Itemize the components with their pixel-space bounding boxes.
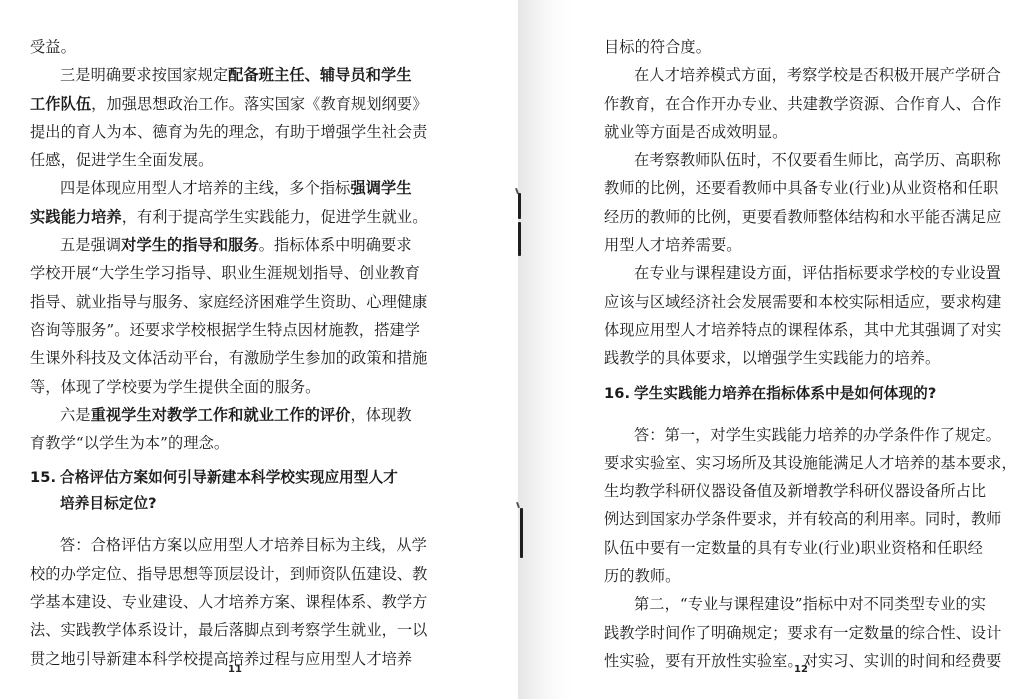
emphasis-text: 强调学生 (350, 179, 411, 197)
text-run: 三是明确要求按国家规定 (60, 66, 228, 84)
text-line: 生均教学科研仪器设备值及新增教学科研仪器设备所占比 (604, 477, 1016, 505)
text-run: 六是 (60, 406, 91, 424)
spacer (604, 373, 1016, 381)
text-run: 经历的教师的比例，更要看教师整体结构和水平能否满足应 (604, 208, 1001, 226)
question-number: 16. (604, 381, 634, 407)
text-run: 就业等方面是否成效明显。 (604, 123, 787, 141)
answer-15: 答：合格评估方案以应用型人才培养目标为主线，从学 (30, 531, 440, 559)
question-15-heading: 15.合格评估方案如何引导新建本科学校实现应用型人才 (30, 465, 440, 491)
text-run: 等，体现了学校要为学生提供全面的服务。 (30, 378, 320, 396)
text-run: 四是体现应用型人才培养的主线，多个指标 (60, 179, 350, 197)
text-line: 指导、就业指导与服务、家庭经济困难学生资助、心理健康 (30, 288, 440, 316)
paragraph-four: 四是体现应用型人才培养的主线，多个指标强调学生 (30, 174, 440, 202)
text-run: ，有利于提高学生实践能力，促进学生就业。 (122, 208, 428, 226)
text-run: 在考察教师队伍时，不仅要看生师比，高学历、高职称 (634, 151, 1001, 169)
text-run: 要求实验室、实习场所及其设施能满足人才培养的基本要求， (604, 454, 1017, 472)
text-run: 五是强调 (60, 236, 121, 254)
text-line: 践教学时间作了明确规定；要求有一定数量的综合性、设计 (604, 619, 1016, 647)
text-line: 学校开展“大学生学习指导、职业生涯规划指导、创业教育 (30, 259, 440, 287)
text-run: 答：合格评估方案以应用型人才培养目标为主线，从学 (60, 536, 427, 554)
emphasis-text: 重视学生对教学工作和就业工作的评价 (91, 406, 351, 424)
text-run: 答：第一，对学生实践能力培养的办学条件作了规定。 (634, 426, 1001, 444)
text-run: 指导、就业指导与服务、家庭经济困难学生资助、心理健康 (30, 293, 427, 311)
spacer (30, 457, 440, 465)
right-page-body: 目标的符合度。 在人才培养模式方面，考察学校是否积极开展产学研合 作教育，在合作… (604, 33, 1016, 675)
text-run: 用型人才培养需要。 (604, 236, 742, 254)
text-line: 就业等方面是否成效明显。 (604, 118, 1016, 146)
text-run: 生均教学科研仪器设备值及新增教学科研仪器设备所占比 (604, 482, 986, 500)
text-run: 任感，促进学生全面发展。 (30, 151, 213, 169)
paragraph-second: 第二，“专业与课程建设”指标中对不同类型专业的实 (604, 590, 1016, 618)
text-line: 目标的符合度。 (604, 33, 1016, 61)
right-page: 目标的符合度。 在人才培养模式方面，考察学校是否积极开展产学研合 作教育，在合作… (518, 0, 1024, 699)
text-line: 实践能力培养，有利于提高学生实践能力，促进学生就业。 (30, 203, 440, 231)
text-line: 历的教师。 (604, 562, 1016, 590)
text-run: 咨询等服务”。还要求学校根据学生特点因材施教，搭建学 (30, 321, 420, 339)
text-run: 法、实践教学体系设计，最后落脚点到考察学生就业，一以 (30, 621, 427, 639)
text-run: ，体现教 (350, 406, 411, 424)
text-run: 育教学“以学生为本”的理念。 (30, 434, 229, 452)
text-line: 教师的比例，还要看教师中具备专业(行业)从业资格和任职 (604, 174, 1016, 202)
question-text: 培养目标定位? (60, 495, 157, 512)
paragraph-six: 六是重视学生对教学工作和就业工作的评价，体现教 (30, 401, 440, 429)
text-line: 受益。 (30, 33, 440, 61)
text-line: 要求实验室、实习场所及其设施能满足人才培养的基本要求， (604, 449, 1016, 477)
text-line: 咨询等服务”。还要求学校根据学生特点因材施教，搭建学 (30, 316, 440, 344)
text-run: 受益。 (30, 38, 76, 56)
text-run: 教师的比例，还要看教师中具备专业(行业)从业资格和任职 (604, 179, 998, 197)
text-line: 学基本建设、专业建设、人才培养方案、课程体系、教学方 (30, 588, 440, 616)
spacer (604, 407, 1016, 421)
text-run: 学基本建设、专业建设、人才培养方案、课程体系、教学方 (30, 593, 427, 611)
text-line: 任感，促进学生全面发展。 (30, 146, 440, 174)
question-15-heading-cont: 培养目标定位? (30, 491, 440, 517)
text-run: 践教学的具体要求，以增强学生实践能力的培养。 (604, 349, 940, 367)
staple-bottom-icon (520, 508, 523, 558)
text-line: 工作队伍，加强思想政治工作。落实国家《教育规划纲要》 (30, 90, 440, 118)
emphasis-text: 配备班主任、辅导员和学生 (228, 66, 411, 84)
text-run: 在专业与课程建设方面，评估指标要求学校的专业设置 (634, 264, 1001, 282)
text-run: 在人才培养模式方面，考察学校是否积极开展产学研合 (634, 66, 1001, 84)
text-run: 体现应用型人才培养特点的课程体系，其中尤其强调了对实 (604, 321, 1001, 339)
emphasis-text: 实践能力培养 (30, 208, 122, 226)
text-line: 体现应用型人才培养特点的课程体系，其中尤其强调了对实 (604, 316, 1016, 344)
text-line: 践教学的具体要求，以增强学生实践能力的培养。 (604, 344, 1016, 372)
text-run: ，加强思想政治工作。落实国家《教育规划纲要》 (91, 95, 427, 113)
text-line: 法、实践教学体系设计，最后落脚点到考察学生就业，一以 (30, 616, 440, 644)
text-run: 校的办学定位、指导思想等顶层设计，到师资队伍建设、教 (30, 565, 427, 583)
text-line: 例达到国家办学条件要求，并有较高的利用率。同时，教师 (604, 505, 1016, 533)
staple-top-icon (518, 193, 521, 219)
paragraph-training-model: 在人才培养模式方面，考察学校是否积极开展产学研合 (604, 61, 1016, 89)
text-line: 作教育，在合作开办专业、共建教学资源、合作育人、合作 (604, 90, 1016, 118)
text-run: 作教育，在合作开办专业、共建教学资源、合作育人、合作 (604, 95, 1001, 113)
text-run: 提出的育人为本、德育为先的理念，有助于增强学生社会责 (30, 123, 427, 141)
text-run: 第二，“专业与课程建设”指标中对不同类型专业的实 (634, 595, 986, 613)
text-run: 历的教师。 (604, 567, 680, 585)
staple-top-lower-icon (518, 222, 521, 256)
text-line: 经历的教师的比例，更要看教师整体结构和水平能否满足应 (604, 203, 1016, 231)
text-run: 生课外科技及文体活动平台，有激励学生参加的政策和措施 (30, 349, 427, 367)
left-page: 受益。 三是明确要求按国家规定配备班主任、辅导员和学生 工作队伍，加强思想政治工… (0, 0, 518, 699)
text-line: 队伍中要有一定数量的具有专业(行业)职业资格和任职经 (604, 534, 1016, 562)
answer-16: 答：第一，对学生实践能力培养的办学条件作了规定。 (604, 421, 1016, 449)
text-line: 生课外科技及文体活动平台，有激励学生参加的政策和措施 (30, 344, 440, 372)
text-line: 性实验，要有开放性实验室。对实习、实训的时间和经费要 (604, 647, 1016, 675)
text-run: 队伍中要有一定数量的具有专业(行业)职业资格和任职经 (604, 539, 983, 557)
spacer (30, 517, 440, 531)
page-number: 11 (228, 664, 242, 675)
text-line: 用型人才培养需要。 (604, 231, 1016, 259)
text-run: 目标的符合度。 (604, 38, 711, 56)
text-run: 贯之地引导新建本科学校提高培养过程与应用型人才培养 (30, 650, 412, 668)
question-text: 学生实践能力培养在指标体系中是如何体现的? (634, 385, 936, 402)
text-run: 学校开展“大学生学习指导、职业生涯规划指导、创业教育 (30, 264, 420, 282)
paragraph-teachers: 在考察教师队伍时，不仅要看生师比，高学历、高职称 (604, 146, 1016, 174)
text-line: 提出的育人为本、德育为先的理念，有助于增强学生社会责 (30, 118, 440, 146)
left-page-body: 受益。 三是明确要求按国家规定配备班主任、辅导员和学生 工作队伍，加强思想政治工… (30, 33, 440, 673)
paragraph-five: 五是强调对学生的指导和服务。指标体系中明确要求 (30, 231, 440, 259)
question-16-heading: 16.学生实践能力培养在指标体系中是如何体现的? (604, 381, 1016, 407)
question-text: 合格评估方案如何引导新建本科学校实现应用型人才 (60, 469, 398, 486)
text-run: 。指标体系中明确要求 (259, 236, 412, 254)
text-run: 例达到国家办学条件要求，并有较高的利用率。同时，教师 (604, 510, 1001, 528)
text-line: 育教学“以学生为本”的理念。 (30, 429, 440, 457)
text-line: 校的办学定位、指导思想等顶层设计，到师资队伍建设、教 (30, 560, 440, 588)
text-run: 应该与区域经济社会发展需要和本校实际相适应，要求构建 (604, 293, 1001, 311)
book-spread: 受益。 三是明确要求按国家规定配备班主任、辅导员和学生 工作队伍，加强思想政治工… (0, 0, 1024, 699)
question-number: 15. (30, 465, 60, 491)
emphasis-text: 工作队伍 (30, 95, 91, 113)
text-run: 践教学时间作了明确规定；要求有一定数量的综合性、设计 (604, 624, 1001, 642)
paragraph-three: 三是明确要求按国家规定配备班主任、辅导员和学生 (30, 61, 440, 89)
text-line: 应该与区域经济社会发展需要和本校实际相适应，要求构建 (604, 288, 1016, 316)
text-line: 等，体现了学校要为学生提供全面的服务。 (30, 373, 440, 401)
emphasis-text: 对学生的指导和服务 (121, 236, 259, 254)
page-number: 12 (794, 664, 808, 675)
paragraph-curriculum: 在专业与课程建设方面，评估指标要求学校的专业设置 (604, 259, 1016, 287)
